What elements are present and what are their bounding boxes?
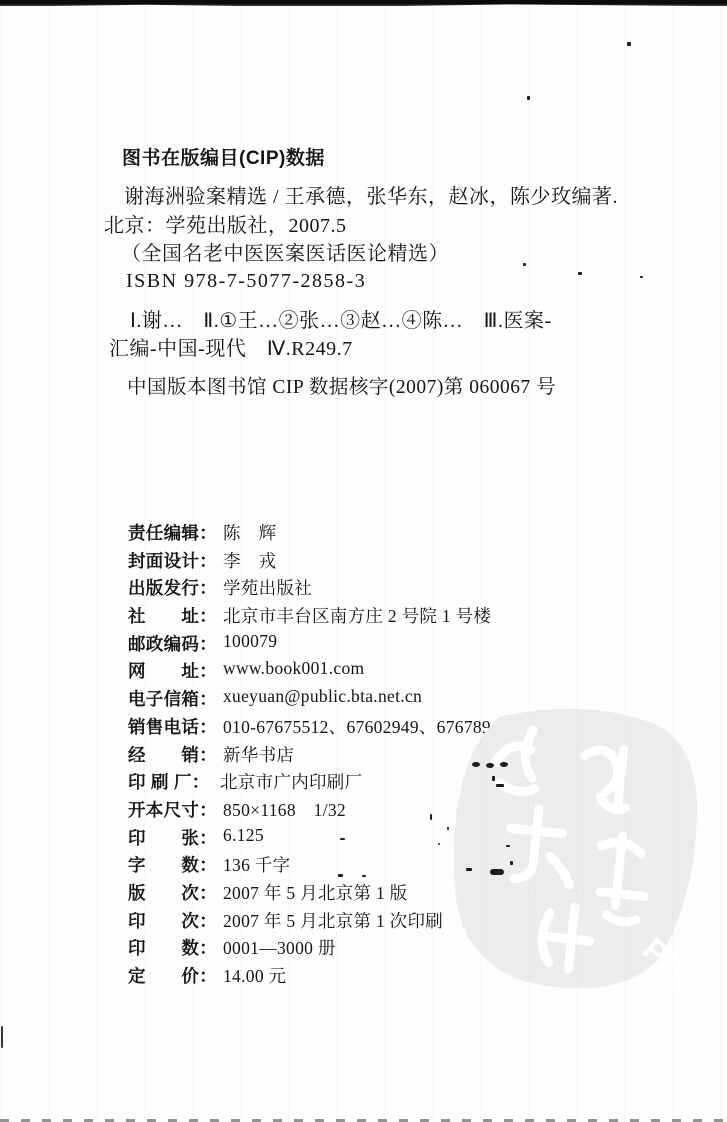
table-row: 出版发行：学苑出版社: [128, 575, 608, 603]
cip-isbn: ISBN 978-7-5077-2858-3: [126, 268, 366, 295]
colophon-value: 100079: [223, 631, 277, 652]
table-row: 责任编辑：陈 辉: [128, 520, 608, 548]
table-row: 印 刷 厂：北京市广内印刷厂: [128, 769, 608, 797]
colophon-value: 2007 年 5 月北京第 1 次印刷: [223, 908, 443, 933]
colophon-value: 6.125: [223, 825, 264, 846]
scan-speck: [340, 838, 345, 840]
table-row: 销售电话：010-67675512、67602949、67678944: [128, 714, 608, 742]
scan-speck: [430, 814, 432, 820]
scan-speck: [1, 1026, 3, 1048]
scan-speck: [338, 874, 343, 877]
colophon-value: 850×1168 1/32: [223, 797, 346, 822]
colophon-label: 责任编辑：: [128, 520, 217, 545]
scan-speck: [472, 762, 480, 767]
scan-speck: [523, 263, 526, 266]
colophon-label: 封面设计：: [128, 548, 217, 573]
cip-entry-line1: 谢海洲验案精选 / 王承德，张华东，赵冰，陈少玫编著.: [124, 184, 618, 211]
colophon-value: 陈 辉: [223, 520, 276, 545]
scan-speck: [627, 42, 631, 46]
colophon-value: 010-67675512、67602949、67678944: [223, 714, 509, 739]
table-row: 开本尺寸：850×1168 1/32: [128, 797, 608, 825]
scan-speck: [510, 861, 513, 865]
colophon-value: www.book001.com: [223, 658, 364, 679]
colophon-value: xueyuan@public.bta.net.cn: [223, 686, 422, 707]
table-row: 定 价：14.00 元: [128, 963, 608, 991]
scan-speck: [466, 868, 472, 871]
book-copyright-page: 图书在版编目(CIP)数据 谢海洲验案精选 / 王承德，张华东，赵冰，陈少玫编著…: [0, 0, 727, 1122]
colophon-value: 2007 年 5 月北京第 1 版: [223, 880, 407, 905]
colophon-label: 字 数：: [128, 852, 217, 877]
scan-speck: [362, 875, 366, 877]
cip-header: 图书在版编目(CIP)数据: [122, 143, 325, 170]
colophon-label: 出版发行：: [128, 575, 217, 600]
scan-speck: [640, 276, 643, 278]
colophon-value: 学苑出版社: [223, 575, 312, 600]
table-row: 邮政编码：100079: [128, 631, 608, 659]
table-row: 电子信箱：xueyuan@public.bta.net.cn: [128, 686, 608, 714]
table-row: 印 数：0001—3000 册: [128, 935, 608, 963]
colophon-label: 开本尺寸：: [128, 797, 217, 822]
scan-speck: [527, 96, 530, 100]
colophon-value: 0001—3000 册: [223, 935, 336, 960]
scan-speck: [496, 784, 504, 787]
colophon-label: 印 刷 厂：: [128, 769, 214, 794]
table-row: 版 次：2007 年 5 月北京第 1 版: [128, 880, 608, 908]
scan-speck: [438, 843, 440, 845]
cip-classification-line1: Ⅰ.谢… Ⅱ.①王…②张…③赵…④陈… Ⅲ.医案-: [130, 308, 552, 335]
colophon-label: 经 销：: [128, 742, 217, 767]
colophon-label: 网 址：: [128, 658, 217, 683]
table-row: 社 址：北京市丰台区南方庄 2 号院 1 号楼: [128, 603, 608, 631]
colophon-table: 责任编辑：陈 辉 封面设计：李 戎 出版发行：学苑出版社 社 址：北京市丰台区南…: [128, 520, 608, 991]
scan-speck: [500, 762, 508, 767]
table-row: 经 销：新华书店: [128, 742, 608, 770]
table-row: 印 次：2007 年 5 月北京第 1 次印刷: [128, 908, 608, 936]
table-row: 网 址：www.book001.com: [128, 658, 608, 686]
colophon-value: 14.00 元: [223, 963, 286, 988]
colophon-value: 李 戎: [223, 548, 276, 573]
scan-speck: [492, 776, 495, 781]
colophon-value: 136 千字: [223, 852, 290, 877]
colophon-value: 新华书店: [223, 742, 294, 767]
scan-speck: [506, 845, 510, 847]
colophon-label: 邮政编码：: [128, 631, 217, 656]
colophon-label: 版 次：: [128, 880, 217, 905]
colophon-label: 定 价：: [128, 963, 217, 988]
table-row: 印 张：6.125: [128, 825, 608, 853]
table-row: 封面设计：李 戎: [128, 548, 608, 576]
scan-speck: [447, 827, 449, 830]
cip-record-number: 中国版本图书馆 CIP 数据核字(2007)第 060067 号: [127, 371, 556, 399]
colophon-label: 印 张：: [128, 825, 217, 850]
cip-series-note: （全国名老中医医案医话医论精选）: [121, 241, 449, 268]
cip-entry-line2: 北京：学苑出版社，2007.5: [104, 213, 347, 240]
colophon-label: 销售电话：: [128, 714, 217, 739]
watermark-pdg-label: PDG: [636, 931, 712, 1003]
colophon-value: 北京市广内印刷厂: [220, 769, 362, 794]
colophon-value: 北京市丰台区南方庄 2 号院 1 号楼: [223, 603, 491, 628]
colophon-label: 印 次：: [128, 908, 217, 933]
scan-speck: [578, 272, 582, 275]
scan-artifact-top-edge: [0, 0, 727, 8]
colophon-label: 社 址：: [128, 603, 217, 628]
table-row: 字 数：136 千字: [128, 852, 608, 880]
scan-speck: [490, 869, 504, 875]
scan-speck: [486, 763, 494, 768]
colophon-label: 电子信箱：: [128, 686, 217, 711]
colophon-label: 印 数：: [128, 935, 217, 960]
cip-classification-line2: 汇编-中国-现代 Ⅳ.R249.7: [109, 336, 353, 363]
